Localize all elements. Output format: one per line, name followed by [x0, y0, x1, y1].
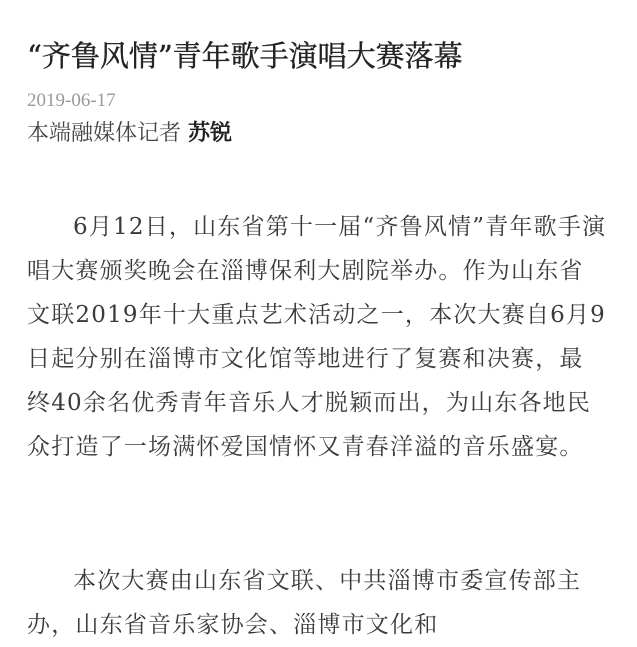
- paragraph-2: 本次大赛由山东省文联、中共淄博市委宣传部主办，山东省音乐家协会、淄博市文化和: [27, 559, 607, 647]
- article-title: “齐鲁风情”青年歌手演唱大赛落幕: [27, 36, 463, 76]
- paragraph-1: 6月12日，山东省第十一届“齐鲁风情”青年歌手演唱大赛颁奖晚会在淄博保利大剧院举…: [27, 205, 607, 469]
- byline: 本端融媒体记者 苏锐: [27, 117, 232, 150]
- author-name: 苏锐: [188, 120, 232, 146]
- publish-date: 2019-06-17: [27, 88, 116, 114]
- byline-prefix: 本端融媒体记者: [27, 121, 188, 146]
